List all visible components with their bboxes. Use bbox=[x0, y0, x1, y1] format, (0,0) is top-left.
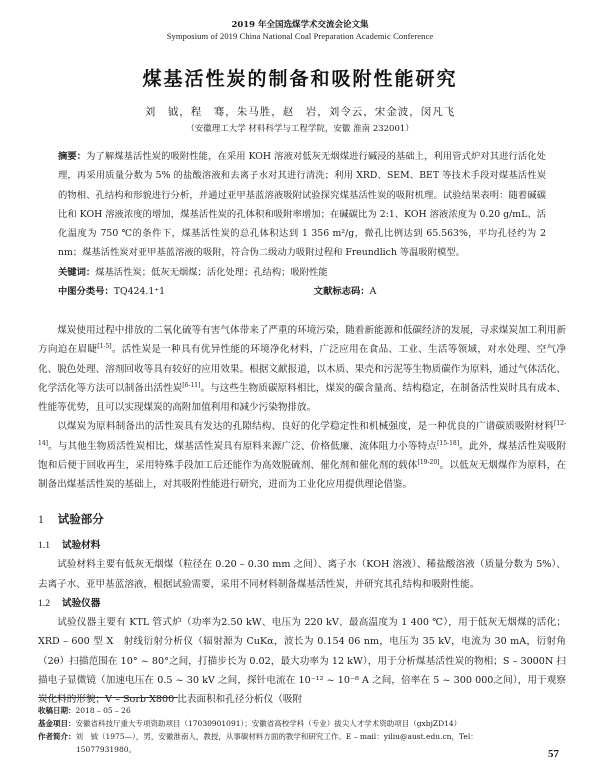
instruments-paragraph: 试验仪器主要有 KTL 管式炉（功率为2.50 kW、电压为 220 kV、最高… bbox=[38, 613, 566, 709]
author-bio-label: 作者简介： bbox=[38, 730, 76, 743]
keywords-label: 关键词： bbox=[58, 263, 95, 282]
materials-paragraph: 试验材料主要有低灰无烟煤（粒径在 0.20 – 0.30 mm 之间）、离子水（… bbox=[38, 555, 566, 594]
abstract-block: 摘要：为了解煤基活性炭的吸附性能，在采用 KOH 溶液对低灰无烟煤进行碱浸的基础… bbox=[58, 147, 546, 301]
fund-label: 基金项目： bbox=[38, 717, 76, 730]
received-date-row: 收稿日期： 2018 – 05 – 26 bbox=[38, 704, 566, 717]
footnotes: 收稿日期： 2018 – 05 – 26 基金项目： 安徽省科技厅重大专项资助项… bbox=[38, 704, 566, 756]
received-date: 2018 – 05 – 26 bbox=[76, 704, 131, 717]
citation: [6-11] bbox=[182, 382, 200, 389]
section-number: 1 bbox=[38, 514, 44, 526]
subsection-title: 试验仪器 bbox=[62, 598, 100, 609]
doc-code-value: A bbox=[370, 282, 377, 301]
subsection-heading-1-1: 1.1试验材料 bbox=[38, 536, 566, 555]
intro-p2-text-b: 。与其他生物质活性炭相比，煤基活性炭具有原料来源广泛、价格低廉、流体阻力小等特点 bbox=[48, 441, 437, 452]
subsection-heading-1-2: 1.2试验仪器 bbox=[38, 594, 566, 613]
section-title: 试验部分 bbox=[58, 512, 104, 526]
abstract-text: 为了解煤基活性炭的吸附性能，在采用 KOH 溶液对低灰无烟煤进行碱浸的基础上，利… bbox=[58, 151, 546, 258]
subsection-number: 1.1 bbox=[38, 540, 50, 551]
author-bio-continued: 15077931980。 bbox=[38, 743, 566, 756]
paper-page: 2019 年全国选煤学术交流会论文集 Symposium of 2019 Chi… bbox=[0, 0, 600, 763]
keywords-row: 关键词： 煤基活性炭；低灰无烟煤；活化处理；孔结构；吸附性能 bbox=[58, 263, 546, 282]
citation: [1-5] bbox=[97, 343, 111, 350]
section-1-body: 1.1试验材料 试验材料主要有低灰无烟煤（粒径在 0.20 – 0.30 mm … bbox=[38, 536, 566, 710]
footnote-divider bbox=[38, 697, 178, 698]
citation: [19-20] bbox=[418, 459, 440, 466]
subsection-number: 1.2 bbox=[38, 598, 50, 609]
fund-text: 安徽省科技厅重大专项资助项目（17030901091）；安徽省高校学科（专业）拔… bbox=[76, 717, 462, 730]
running-head-en: Symposium of 2019 China National Coal Pr… bbox=[0, 31, 600, 42]
introduction: 煤炭使用过程中排放的二氧化硫等有害气体带来了严重的环境污染，随着新能源和低碳经济… bbox=[38, 321, 566, 495]
running-head: 2019 年全国选煤学术交流会论文集 Symposium of 2019 Chi… bbox=[0, 20, 600, 42]
abstract: 摘要：为了解煤基活性炭的吸附性能，在采用 KOH 溶液对低灰无烟煤进行碱浸的基础… bbox=[58, 147, 546, 263]
subsection-title: 试验材料 bbox=[62, 540, 100, 551]
citation: [15-18] bbox=[437, 440, 459, 447]
doc-code-label: 文献标志码： bbox=[314, 282, 370, 301]
received-label: 收稿日期： bbox=[38, 704, 76, 717]
fund-row: 基金项目： 安徽省科技厅重大专项资助项目（17030901091）；安徽省高校学… bbox=[38, 717, 566, 730]
running-head-cn: 2019 年全国选煤学术交流会论文集 bbox=[0, 20, 600, 31]
page-number: 57 bbox=[548, 748, 559, 760]
clc-value: TQ424.1⁺1 bbox=[114, 282, 314, 301]
intro-paragraph-2: 以煤炭为原料制备出的活性炭具有发达的孔隙结构、良好的化学稳定性和机械强度，是一种… bbox=[38, 417, 566, 494]
abstract-label: 摘要： bbox=[58, 151, 86, 162]
author-bio-row: 作者简介： 刘 钺（1975—），男，安徽淮南人，教授，从事碳材料方面的教学和研… bbox=[38, 730, 566, 743]
paper-title: 煤基活性炭的制备和吸附性能研究 bbox=[0, 64, 600, 91]
intro-p2-text-a: 以煤炭为原料制备出的活性炭具有发达的孔隙结构、良好的化学稳定性和机械强度，是一种… bbox=[57, 421, 554, 432]
keywords-text: 煤基活性炭；低灰无烟煤；活化处理；孔结构；吸附性能 bbox=[95, 263, 327, 282]
affiliation: （安徽理工大学 材料科学与工程学院，安徽 淮南 232001） bbox=[0, 122, 600, 134]
section-heading-1: 1试验部分 bbox=[38, 511, 104, 527]
classification-row: 中图分类号： TQ424.1⁺1 文献标志码： A bbox=[58, 282, 546, 301]
clc-label: 中图分类号： bbox=[58, 282, 114, 301]
author-bio-text: 刘 钺（1975—），男，安徽淮南人，教授，从事碳材料方面的教学和研究工作。E … bbox=[76, 730, 478, 743]
author-list: 刘 钺，程 骞，朱马胜，赵 岩，刘令云，宋金波，闵凡飞 bbox=[0, 104, 600, 119]
intro-paragraph-1: 煤炭使用过程中排放的二氧化硫等有害气体带来了严重的环境污染，随着新能源和低碳经济… bbox=[38, 321, 566, 417]
